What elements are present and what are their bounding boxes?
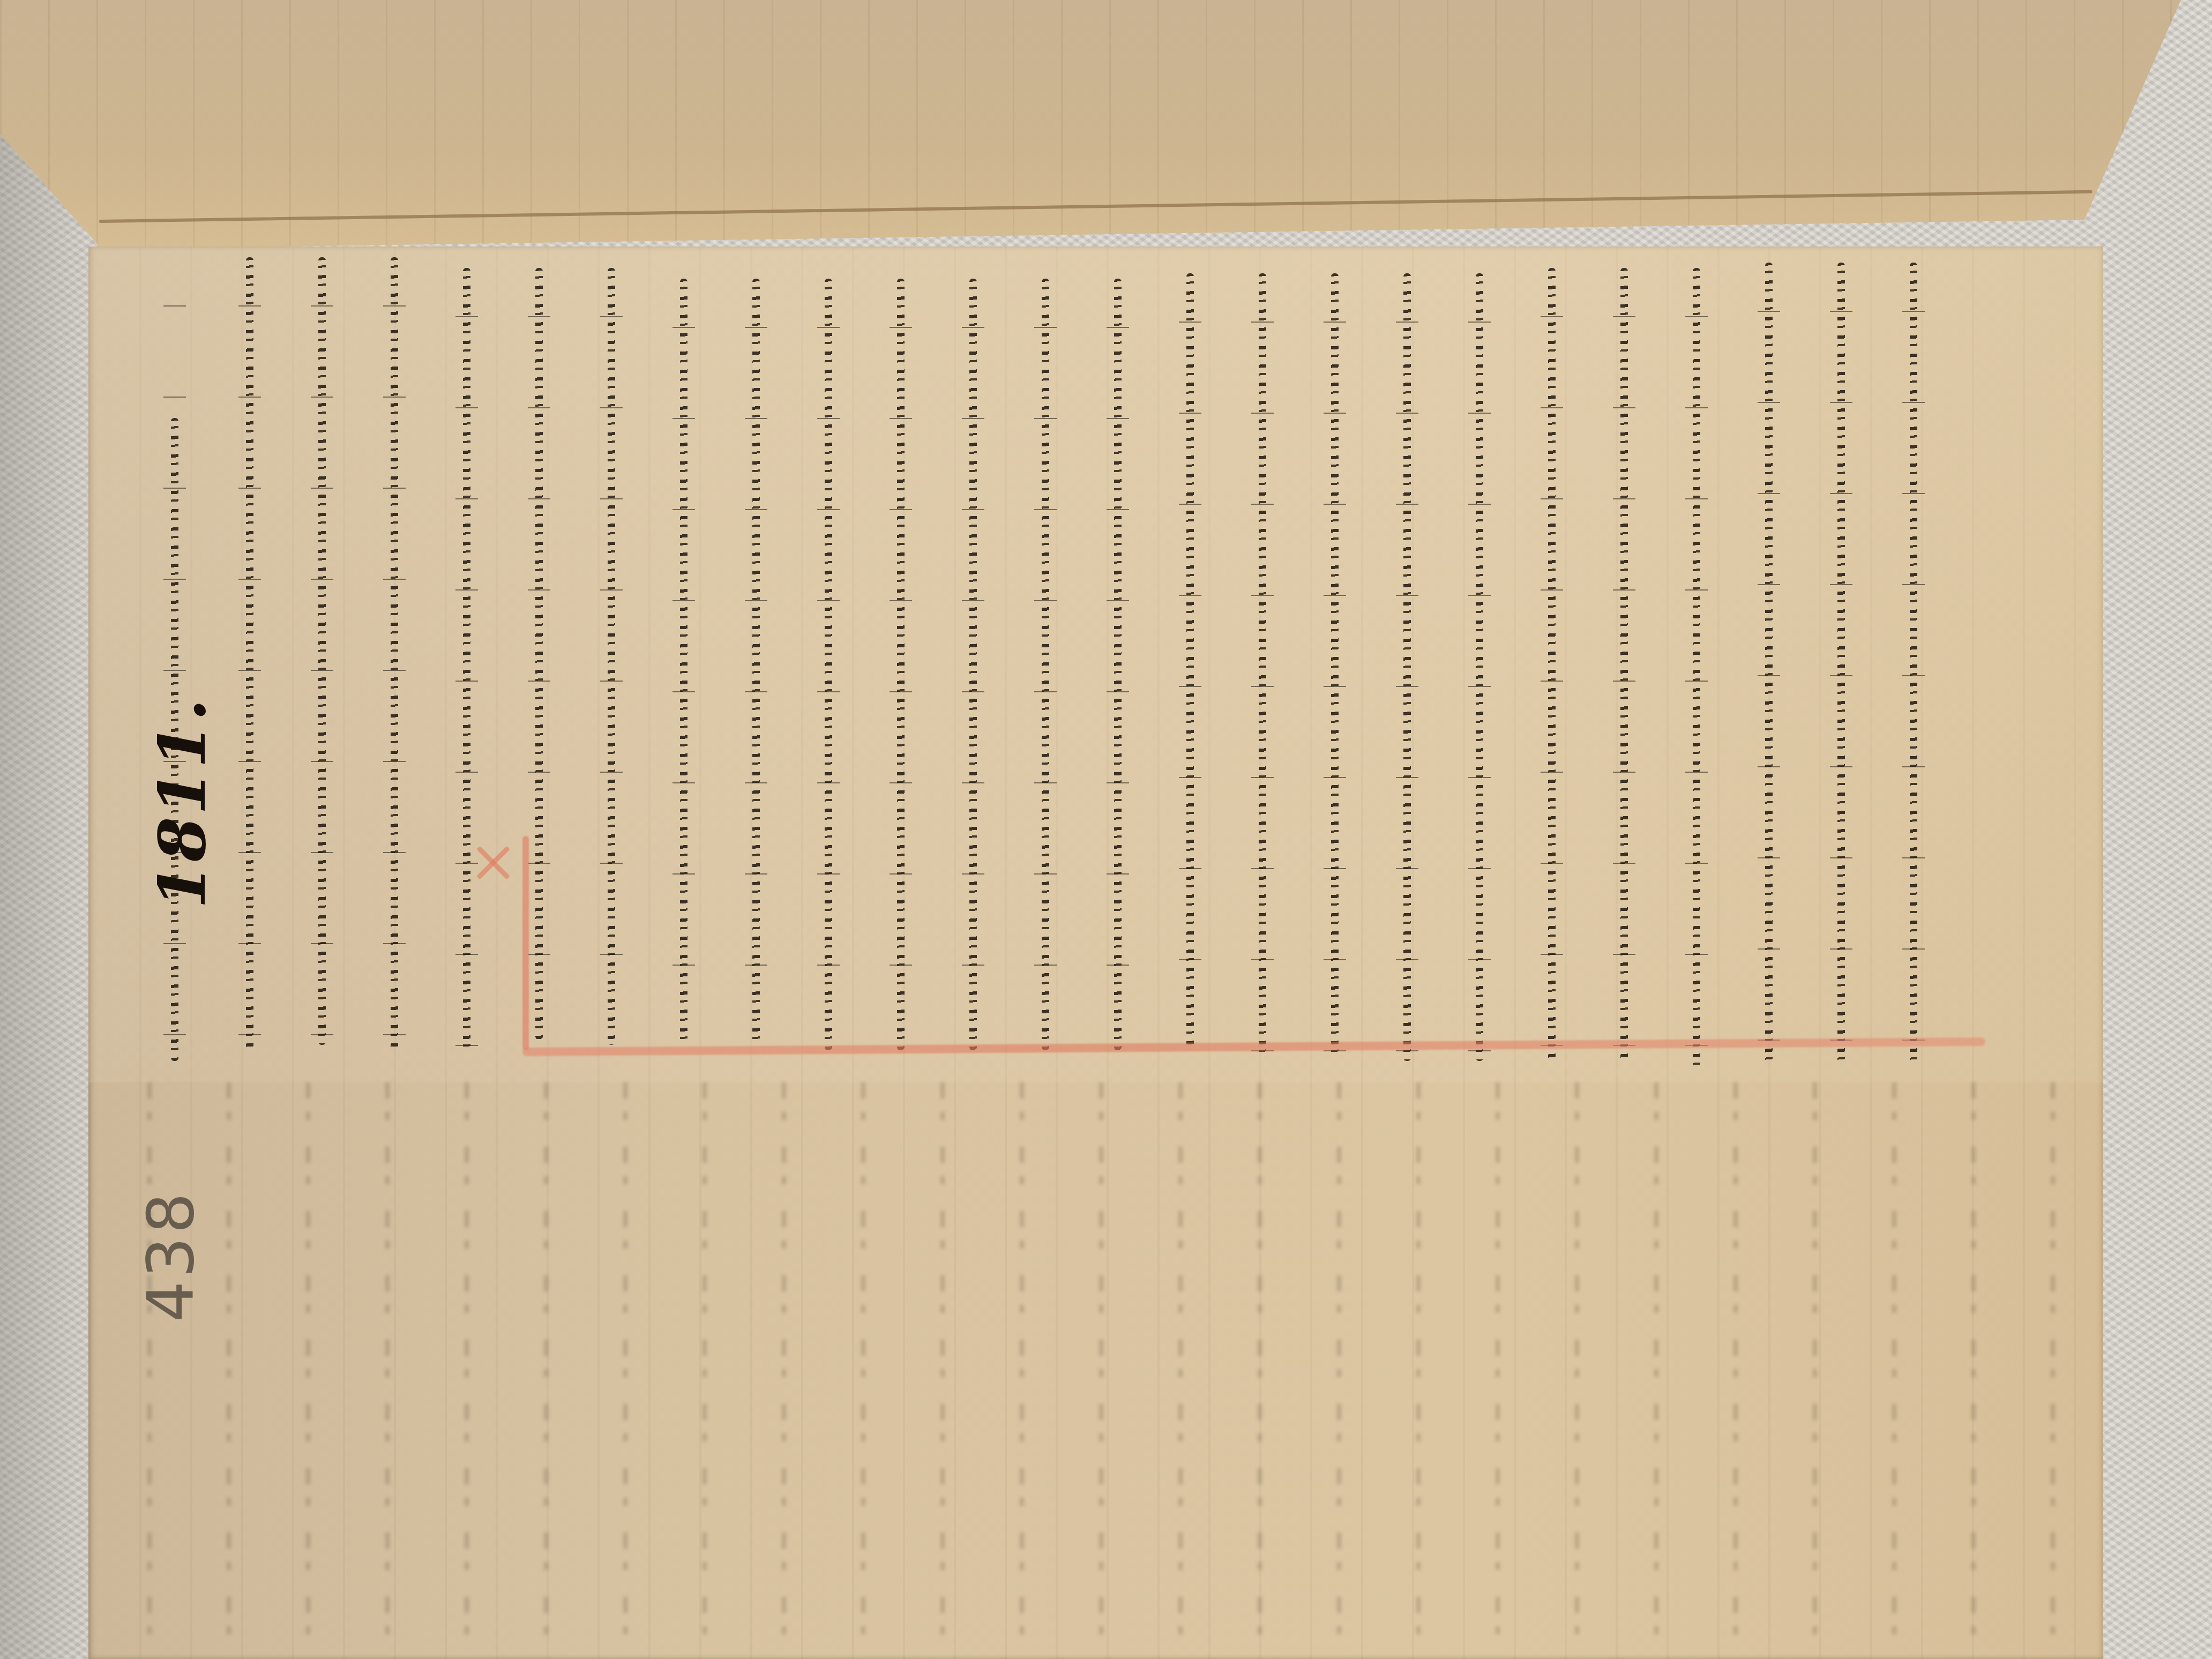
text-line: [illegible cursive line] (1463, 273, 1495, 1061)
ghost-line (1099, 1082, 1103, 1659)
text-line: [illegible cursive line] (812, 279, 844, 1050)
ghost-line (1416, 1082, 1421, 1659)
text-line: [illegible cursive] 1811, [illegible] (158, 257, 190, 1061)
text-line: [illegible cursive line] (1174, 273, 1206, 1050)
ghost-line (1892, 1082, 1896, 1659)
ghost-line (385, 1082, 390, 1659)
bleed-through-writing (147, 1082, 2055, 1659)
ghost-line (1654, 1082, 1658, 1659)
ghost-line (861, 1082, 865, 1659)
ghost-line (1813, 1082, 1817, 1659)
folded-paper-flap (0, 0, 2212, 252)
ghost-line (1575, 1082, 1579, 1659)
ghost-line (703, 1082, 707, 1659)
text-line: [illegible cursive line] (1608, 268, 1640, 1061)
ghost-line (782, 1082, 786, 1659)
text-line: [illegible cursive line] (450, 268, 482, 1050)
text-line: [illegible cursive line] (1029, 279, 1061, 1050)
ghost-line (1258, 1082, 1262, 1659)
text-line: [illegible cursive line] (1680, 268, 1712, 1066)
text-line: [illegible cursive line] (956, 279, 989, 1050)
ghost-line (1496, 1082, 1500, 1659)
text-line: [illegible cursive line] (1391, 273, 1423, 1061)
ghost-line (1733, 1082, 1738, 1659)
text-line: [illegible cursive line] (1101, 279, 1133, 1050)
manuscript-page: [illegible cursive] 1811, [illegible] [i… (88, 246, 2103, 1659)
pencil-page-number: 438 (134, 1190, 208, 1322)
ghost-line (465, 1082, 469, 1659)
ghost-line (940, 1082, 945, 1659)
handwritten-text-block: [illegible cursive] 1811, [illegible] [i… (158, 257, 2034, 1072)
text-line: [illegible cursive line] (1318, 273, 1350, 1056)
ghost-line (1337, 1082, 1341, 1659)
ghost-line (227, 1082, 231, 1659)
ghost-line (2051, 1082, 2055, 1659)
text-line: [illegible cursive line] (884, 279, 916, 1050)
ghost-line (1020, 1082, 1024, 1659)
ghost-line (1971, 1082, 1976, 1659)
date-1811: 1811. (145, 697, 220, 909)
ghost-line (544, 1082, 548, 1659)
ghost-line (147, 1082, 152, 1659)
text-line: [illegible cursive line] (739, 279, 772, 1045)
text-line: [illegible cursive line] (1246, 273, 1278, 1056)
text-line: [illegible cursive line] (305, 257, 338, 1045)
text-line: [illegible cursive line] (1752, 263, 1784, 1066)
ghost-line (1178, 1082, 1183, 1659)
ghost-line (623, 1082, 627, 1659)
text-line: [illegible cursive line] (667, 279, 699, 1045)
ghost-line (306, 1082, 310, 1659)
text-line: [illegible cursive line] (233, 257, 265, 1050)
text-line: [illegible cursive line] (1825, 263, 1857, 1066)
text-line: [illegible cursive line] (1897, 263, 1929, 1066)
text-line: [illegible cursive line] (378, 257, 410, 1050)
red-x-mark-icon (472, 841, 514, 884)
text-line: [illegible cursive line] (595, 268, 627, 1045)
text-line: [illegible cursive line] (1535, 268, 1567, 1061)
red-crayon-bracket-vertical (522, 836, 529, 1050)
